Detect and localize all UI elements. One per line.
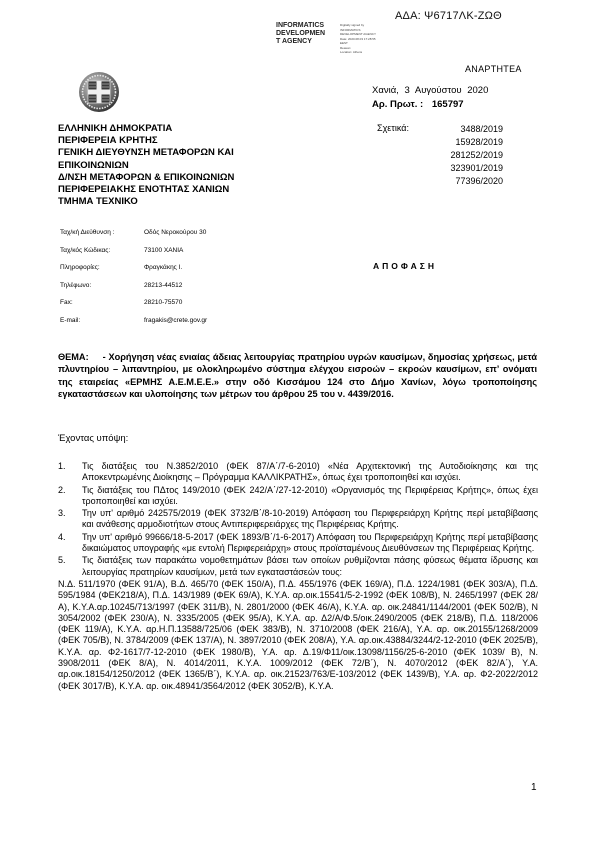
- related-references: 3488/2019 15928/2019 281252/2019 323901/…: [430, 123, 503, 188]
- authority-line: ΤΜΗΜΑ ΤΕΧΝΙΚΟ: [58, 196, 234, 208]
- contact-value: Οδός Νεροκούρου 30: [144, 229, 206, 236]
- consideration-item: 3. Την υπ' αριθμό 242575/2019 (ΦΕΚ 3732/…: [58, 508, 538, 531]
- document-date: Χανιά, 3 Αυγούστου 2020: [372, 85, 488, 96]
- ada-code: ΑΔΑ: Ψ6717ΛΚ-ΖΩΘ: [395, 10, 502, 22]
- contact-row-fax: Fax: 28210-75570: [60, 299, 207, 317]
- protocol-number: Αρ. Πρωτ. : 165797: [372, 99, 464, 110]
- decision-title: ΑΠΟΦΑΣΗ: [373, 261, 437, 271]
- consideration-item: 2. Τις διατάξεις του ΠΔτος 149/2010 (ΦΕΚ…: [58, 485, 538, 508]
- item-number: 1.: [58, 461, 82, 484]
- related-item: 3488/2019: [430, 123, 503, 136]
- related-item: 323901/2019: [430, 162, 503, 175]
- related-item: 281252/2019: [430, 149, 503, 162]
- authority-line: Δ/ΝΣΗ ΜΕΤΑΦΟΡΩΝ & ΕΠΙΚΟΙΝΩΝΙΩΝ: [58, 172, 234, 184]
- contact-row-email: E-mail: fragakis@crete.gov.gr: [60, 317, 207, 335]
- item-number: 2.: [58, 485, 82, 508]
- contact-details: Ταχ/κή Διεύθυνση : Οδός Νεροκούρου 30 Τα…: [60, 229, 207, 334]
- related-item: 15928/2019: [430, 136, 503, 149]
- consideration-item: 1. Τις διατάξεις του Ν.3852/2010 (ΦΕΚ 87…: [58, 461, 538, 484]
- item-text: Τις διατάξεις των παρακάτω νομοθετημάτων…: [82, 555, 538, 578]
- contact-value: 28213-44512: [144, 282, 182, 289]
- agency-line: T AGENCY: [276, 38, 325, 46]
- authority-line: ΕΛΛΗΝΙΚΗ ΔΗΜΟΚΡΑΤΙΑ: [58, 123, 234, 135]
- consideration-item: 5. Τις διατάξεις των παρακάτω νομοθετημά…: [58, 555, 538, 578]
- contact-label: E-mail:: [60, 317, 144, 324]
- authority-line: ΓΕΝΙΚΗ ΔΙΕΥΘΥΝΣΗ ΜΕΤΑΦΟΡΩΝ ΚΑΙ: [58, 147, 234, 159]
- protocol-label: Αρ. Πρωτ. :: [372, 99, 423, 110]
- contact-label: Ταχ/κός Κώδικας:: [60, 247, 144, 254]
- contact-value: 73100 ΧΑΝΙΑ: [144, 247, 183, 254]
- contact-value: Φραγκάκης Ι.: [144, 264, 182, 271]
- signature-detail-line: Location: Athens: [340, 50, 400, 55]
- subject-label: ΘΕΜΑ:: [58, 352, 89, 362]
- agency-line: INFORMATICS: [276, 22, 325, 30]
- related-item: 77396/2020: [430, 175, 503, 188]
- item-text: Τις διατάξεις του Ν.3852/2010 (ΦΕΚ 87/Α΄…: [82, 461, 538, 484]
- authority-line: ΠΕΡΙΦΕΡΕΙΑ ΚΡΗΤΗΣ: [58, 135, 234, 147]
- authority-line: ΕΠΙΚΟΙΝΩΝΙΩΝ: [58, 160, 234, 172]
- laws-paragraph: Ν.Δ. 511/1970 (ΦΕΚ 91/Α), Β.Δ. 465/70 (Φ…: [58, 579, 538, 692]
- contact-row-phone: Τηλέφωνο: 28213-44512: [60, 282, 207, 300]
- contact-value: 28210-75570: [144, 299, 182, 306]
- protocol-value: 165797: [432, 99, 464, 110]
- contact-label: Πληροφορίες:: [60, 264, 144, 271]
- agency-line: DEVELOPMEN: [276, 30, 325, 38]
- visibility-label: ΑΝΑΡΤΗΤΕΑ: [465, 64, 522, 74]
- issuing-authority: ΕΛΛΗΝΙΚΗ ΔΗΜΟΚΡΑΤΙΑ ΠΕΡΙΦΕΡΕΙΑ ΚΡΗΤΗΣ ΓΕ…: [58, 123, 234, 208]
- contact-label: Τηλέφωνο:: [60, 282, 144, 289]
- digital-signature-agency: INFORMATICS DEVELOPMEN T AGENCY: [276, 22, 325, 46]
- considerations-list: 1. Τις διατάξεις του Ν.3852/2010 (ΦΕΚ 87…: [58, 461, 538, 692]
- digital-signature-details: Digitally signed by INFORMATICS DEVELOPM…: [340, 23, 400, 55]
- related-label: Σχετικά:: [377, 123, 409, 133]
- item-text: Την υπ' αριθμό 99666/18-5-2017 (ΦΕΚ 1893…: [82, 532, 538, 555]
- item-text: Την υπ' αριθμό 242575/2019 (ΦΕΚ 3732/Β΄/…: [82, 508, 538, 531]
- item-number: 3.: [58, 508, 82, 531]
- contact-row-address: Ταχ/κή Διεύθυνση : Οδός Νεροκούρου 30: [60, 229, 207, 247]
- subject-paragraph: ΘΕΜΑ:- Χορήγηση νέας ενιαίας άδειας λειτ…: [58, 351, 537, 400]
- page-number: 1: [531, 782, 537, 793]
- item-text: Τις διατάξεις του ΠΔτος 149/2010 (ΦΕΚ 24…: [82, 485, 538, 508]
- item-number: 4.: [58, 532, 82, 555]
- contact-label: Ταχ/κή Διεύθυνση :: [60, 229, 144, 236]
- authority-line: ΠΕΡΙΦΕΡΕΙΑΚΗΣ ΕΝΟΤΗΤΑΣ ΧΑΝΙΩΝ: [58, 184, 234, 196]
- consideration-item: 4. Την υπ' αριθμό 99666/18-5-2017 (ΦΕΚ 1…: [58, 532, 538, 555]
- greek-emblem-icon: [78, 71, 120, 113]
- having-in-mind-heading: Έχοντας υπόψη:: [58, 433, 128, 444]
- contact-row-info: Πληροφορίες: Φραγκάκης Ι.: [60, 264, 207, 282]
- item-number: 5.: [58, 555, 82, 578]
- subject-text: - Χορήγηση νέας ενιαίας άδειας λειτουργί…: [58, 352, 537, 399]
- contact-email-link[interactable]: fragakis@crete.gov.gr: [144, 317, 207, 324]
- contact-label: Fax:: [60, 299, 144, 306]
- contact-row-postal-code: Ταχ/κός Κώδικας: 73100 ΧΑΝΙΑ: [60, 247, 207, 265]
